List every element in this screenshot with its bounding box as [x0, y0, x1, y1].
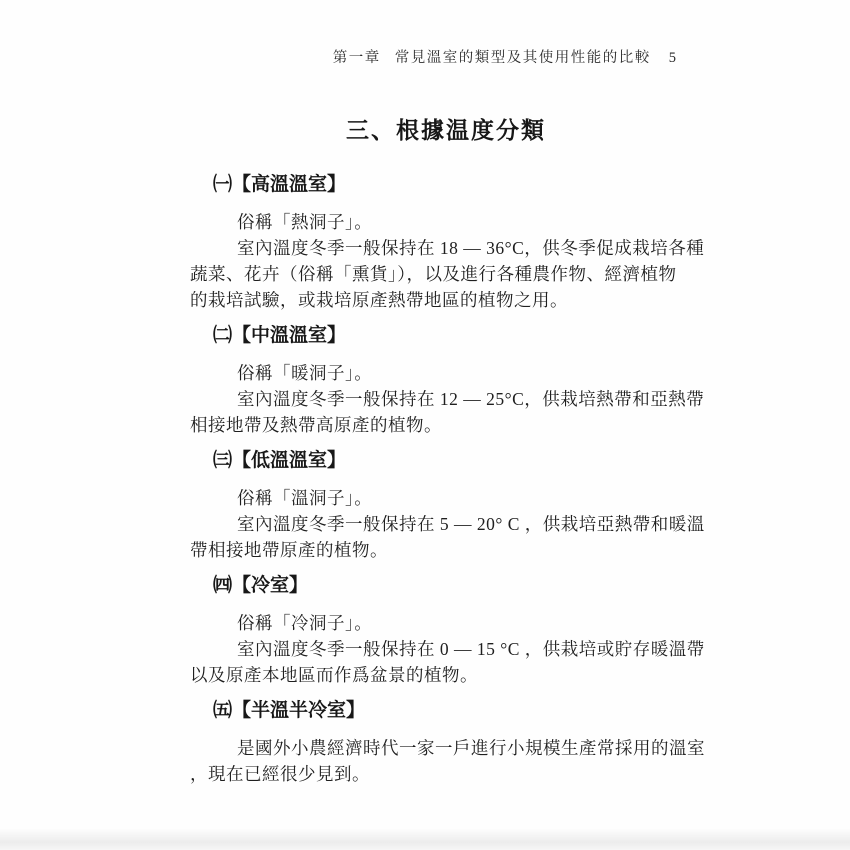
paragraph: 俗稱「熱洞子」。: [190, 209, 682, 235]
section-heading: ㈠【高溫溫室】: [213, 172, 682, 198]
section-heading: ㈣【冷室】: [213, 573, 682, 599]
page-bottom-scan-shadow: [0, 828, 850, 850]
section-heading: ㈢【低溫溫室】: [213, 448, 682, 474]
paragraph: 俗稱「冷洞子」。: [190, 610, 682, 636]
paragraph: 是國外小農經濟時代一家一戶進行小規模生產常採用的溫室 ，現在已經很少見到。: [190, 735, 682, 787]
sections: ㈠【高溫溫室】俗稱「熱洞子」。室內溫度冬季一般保持在 18 — 36°C，供冬季…: [190, 172, 682, 787]
section-heading: ㈤【半溫半冷室】: [213, 698, 682, 724]
book-page: 第一章常見溫室的類型及其使用性能的比較5 三、根據温度分類 ㈠【高溫溫室】俗稱「…: [0, 0, 850, 850]
section-heading: ㈡【中溫溫室】: [213, 323, 682, 349]
paragraph: 俗稱「暖洞子」。: [190, 360, 682, 386]
running-header: 第一章常見溫室的類型及其使用性能的比較5: [0, 46, 676, 84]
paragraph: 室內溫度冬季一般保持在 5 — 20° C ，供栽培亞熱帶和暖溫 帶相接地帶原產…: [190, 511, 682, 563]
running-header-title: 常見溫室的類型及其使用性能的比較: [395, 50, 651, 66]
paragraph: 室內溫度冬季一般保持在 18 — 36°C，供冬季促成栽培各種 蔬菜、花卉（俗稱…: [190, 235, 682, 313]
paragraph: 室內溫度冬季一般保持在 0 — 15 °C ，供栽培或貯存暖溫帶 以及原產本地區…: [190, 636, 682, 688]
section-title: 三、根據温度分類: [200, 112, 692, 145]
chapter-label: 第一章: [333, 50, 381, 66]
paragraph: 俗稱「溫洞子」。: [190, 485, 682, 511]
paragraph: 室內溫度冬季一般保持在 12 — 25°C，供栽培熱帶和亞熱帶 相接地帶及熱帶高…: [190, 386, 682, 438]
page-number: 5: [669, 50, 676, 66]
